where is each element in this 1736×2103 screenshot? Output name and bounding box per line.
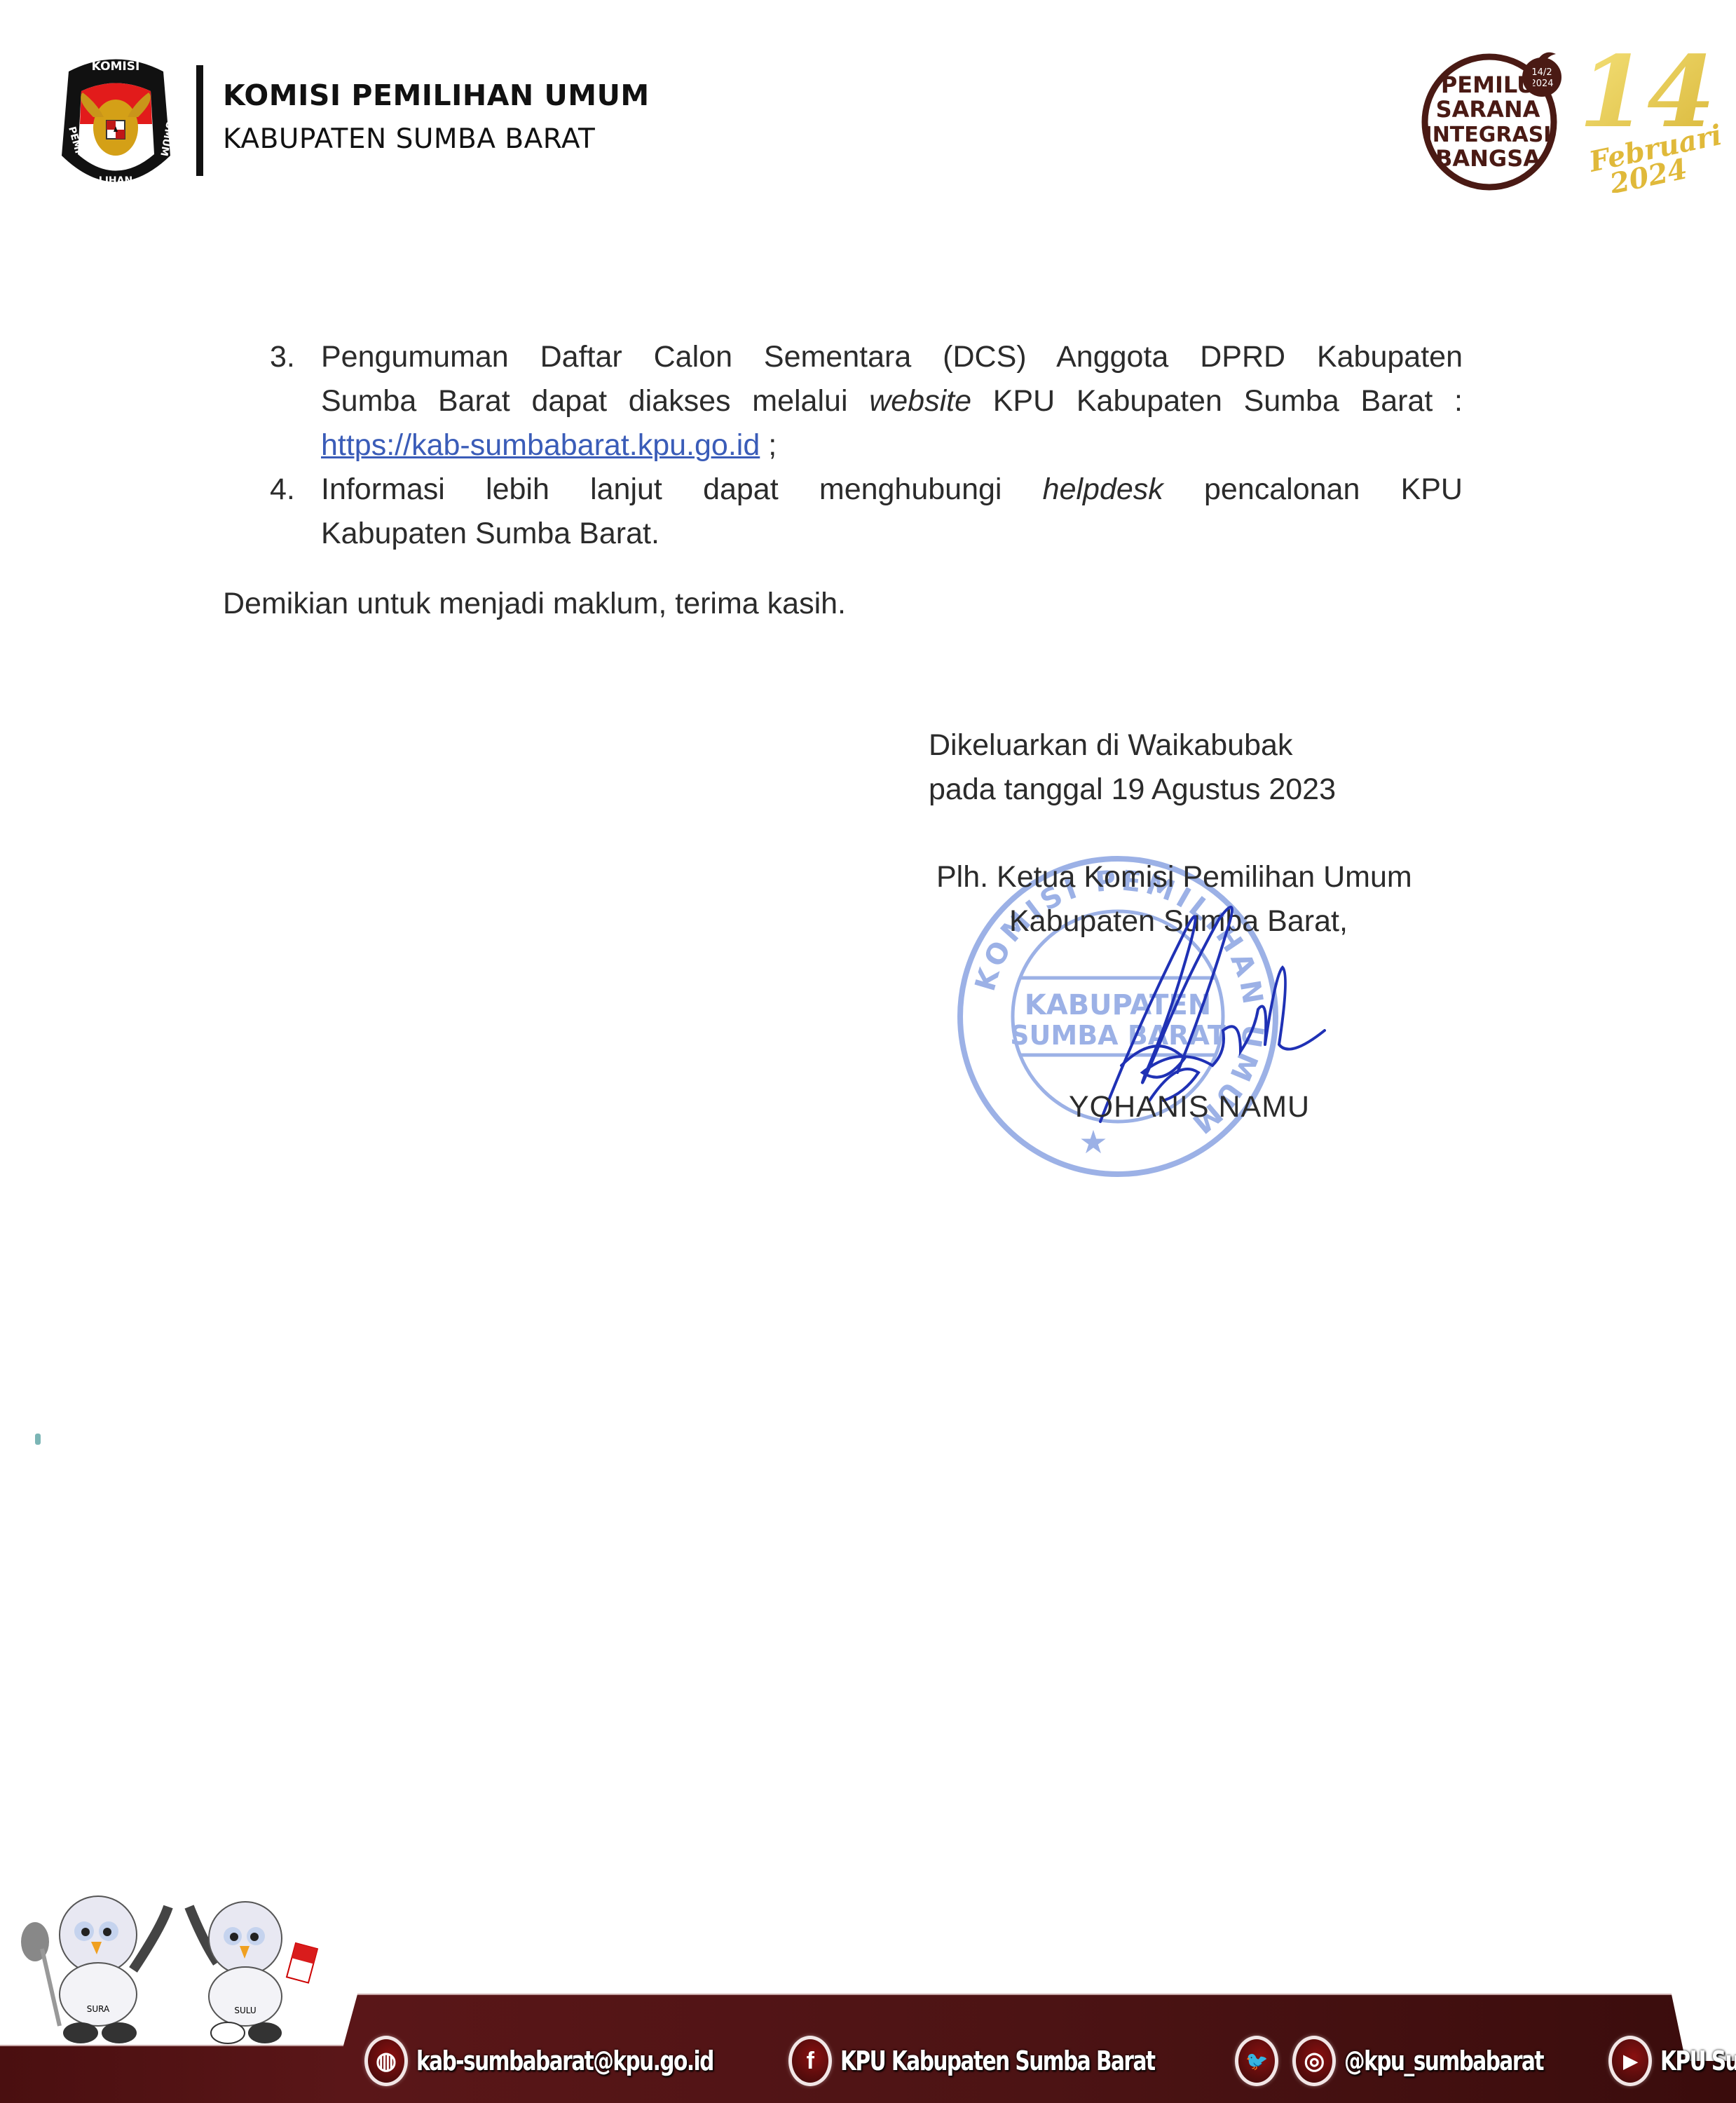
website-link[interactable]: https://kab-sumbabarat.kpu.go.id bbox=[321, 428, 760, 462]
contact-instagram[interactable]: ◎ @kpu_sumbabarat bbox=[1292, 2036, 1599, 2086]
list-item: 4. Informasi lebih lanjut dapat menghubu… bbox=[270, 468, 1463, 556]
closing-sentence: Demikian untuk menjadi maklum, terima ka… bbox=[223, 582, 846, 626]
org-title: KOMISI PEMILIHAN UMUM bbox=[223, 79, 650, 112]
twitter-icon: 🐦 bbox=[1235, 2036, 1278, 2086]
list-text-line: Pengumuman Daftar Calon Sementara (DCS) … bbox=[321, 335, 1463, 379]
list-text-line: https://kab-sumbabarat.kpu.go.id ; bbox=[321, 423, 1463, 468]
election-date-logo: 14 Februari 2024 bbox=[1580, 39, 1721, 193]
election-date-icon: 14 Februari 2024 bbox=[1580, 39, 1721, 193]
youtube-icon: ▶ bbox=[1608, 2036, 1652, 2086]
svg-text:KOMISI: KOMISI bbox=[92, 60, 140, 74]
svg-text:PEMILU: PEMILU bbox=[1441, 72, 1535, 98]
list-text-line: Kabupaten Sumba Barat. bbox=[321, 512, 1463, 556]
list-text-line: Informasi lebih lanjut dapat menghubungi… bbox=[321, 468, 1463, 512]
list-number: 3. bbox=[270, 335, 321, 468]
signer-name: YOHANIS NAMU bbox=[1069, 1085, 1310, 1129]
globe-icon: ◍ bbox=[364, 2036, 408, 2086]
numbered-list: 3. Pengumuman Daftar Calon Sementara (DC… bbox=[270, 335, 1463, 556]
kpu-garuda-emblem-icon: KOMISI LIHAN PEMI UMUM bbox=[55, 50, 177, 194]
contact-youtube-label: KPU Sumba Barat bbox=[1660, 2046, 1736, 2076]
header-divider bbox=[196, 65, 203, 176]
contact-youtube[interactable]: ▶ KPU Sumba Barat bbox=[1608, 2036, 1736, 2086]
contact-email-label: kab-sumbabarat@kpu.go.id bbox=[416, 2046, 713, 2076]
facebook-icon: f bbox=[788, 2036, 832, 2086]
scan-artifact bbox=[35, 1434, 41, 1445]
contact-facebook-label: KPU Kabupaten Sumba Barat bbox=[840, 2046, 1155, 2076]
org-subtitle: KABUPATEN SUMBA BARAT bbox=[223, 123, 595, 155]
contact-facebook[interactable]: f KPU Kabupaten Sumba Barat bbox=[788, 2036, 1243, 2086]
svg-text:BANGSA: BANGSA bbox=[1435, 145, 1540, 172]
list-item: 3. Pengumuman Daftar Calon Sementara (DC… bbox=[270, 335, 1463, 468]
svg-text:LIHAN: LIHAN bbox=[99, 175, 132, 186]
kpu-logo: KOMISI LIHAN PEMI UMUM bbox=[55, 50, 177, 194]
pemilu-campaign-logo: 14/2 2024 PEMILU SARANA INTEGRASI BANGSA bbox=[1419, 43, 1570, 194]
footer-contacts: ◍ kab-sumbabarat@kpu.go.id f KPU Kabupat… bbox=[364, 2029, 1689, 2092]
contact-instagram-label: @kpu_sumbabarat bbox=[1344, 2046, 1543, 2076]
issued-date: pada tanggal 19 Agustus 2023 bbox=[929, 768, 1336, 812]
contact-twitter[interactable]: 🐦 bbox=[1235, 2036, 1287, 2086]
pemilu-speech-bubble-icon: 14/2 2024 PEMILU SARANA INTEGRASI BANGSA bbox=[1419, 43, 1570, 194]
svg-text:INTEGRASI: INTEGRASI bbox=[1425, 123, 1552, 147]
list-text-line: Sumba Barat dapat diakses melalui websit… bbox=[321, 379, 1463, 423]
list-number: 4. bbox=[270, 468, 321, 556]
svg-text:SARANA: SARANA bbox=[1436, 96, 1540, 123]
contact-email[interactable]: ◍ kab-sumbabarat@kpu.go.id bbox=[364, 2036, 797, 2086]
issued-place: Dikeluarkan di Waikabubak bbox=[929, 723, 1292, 768]
instagram-icon: ◎ bbox=[1292, 2036, 1336, 2086]
